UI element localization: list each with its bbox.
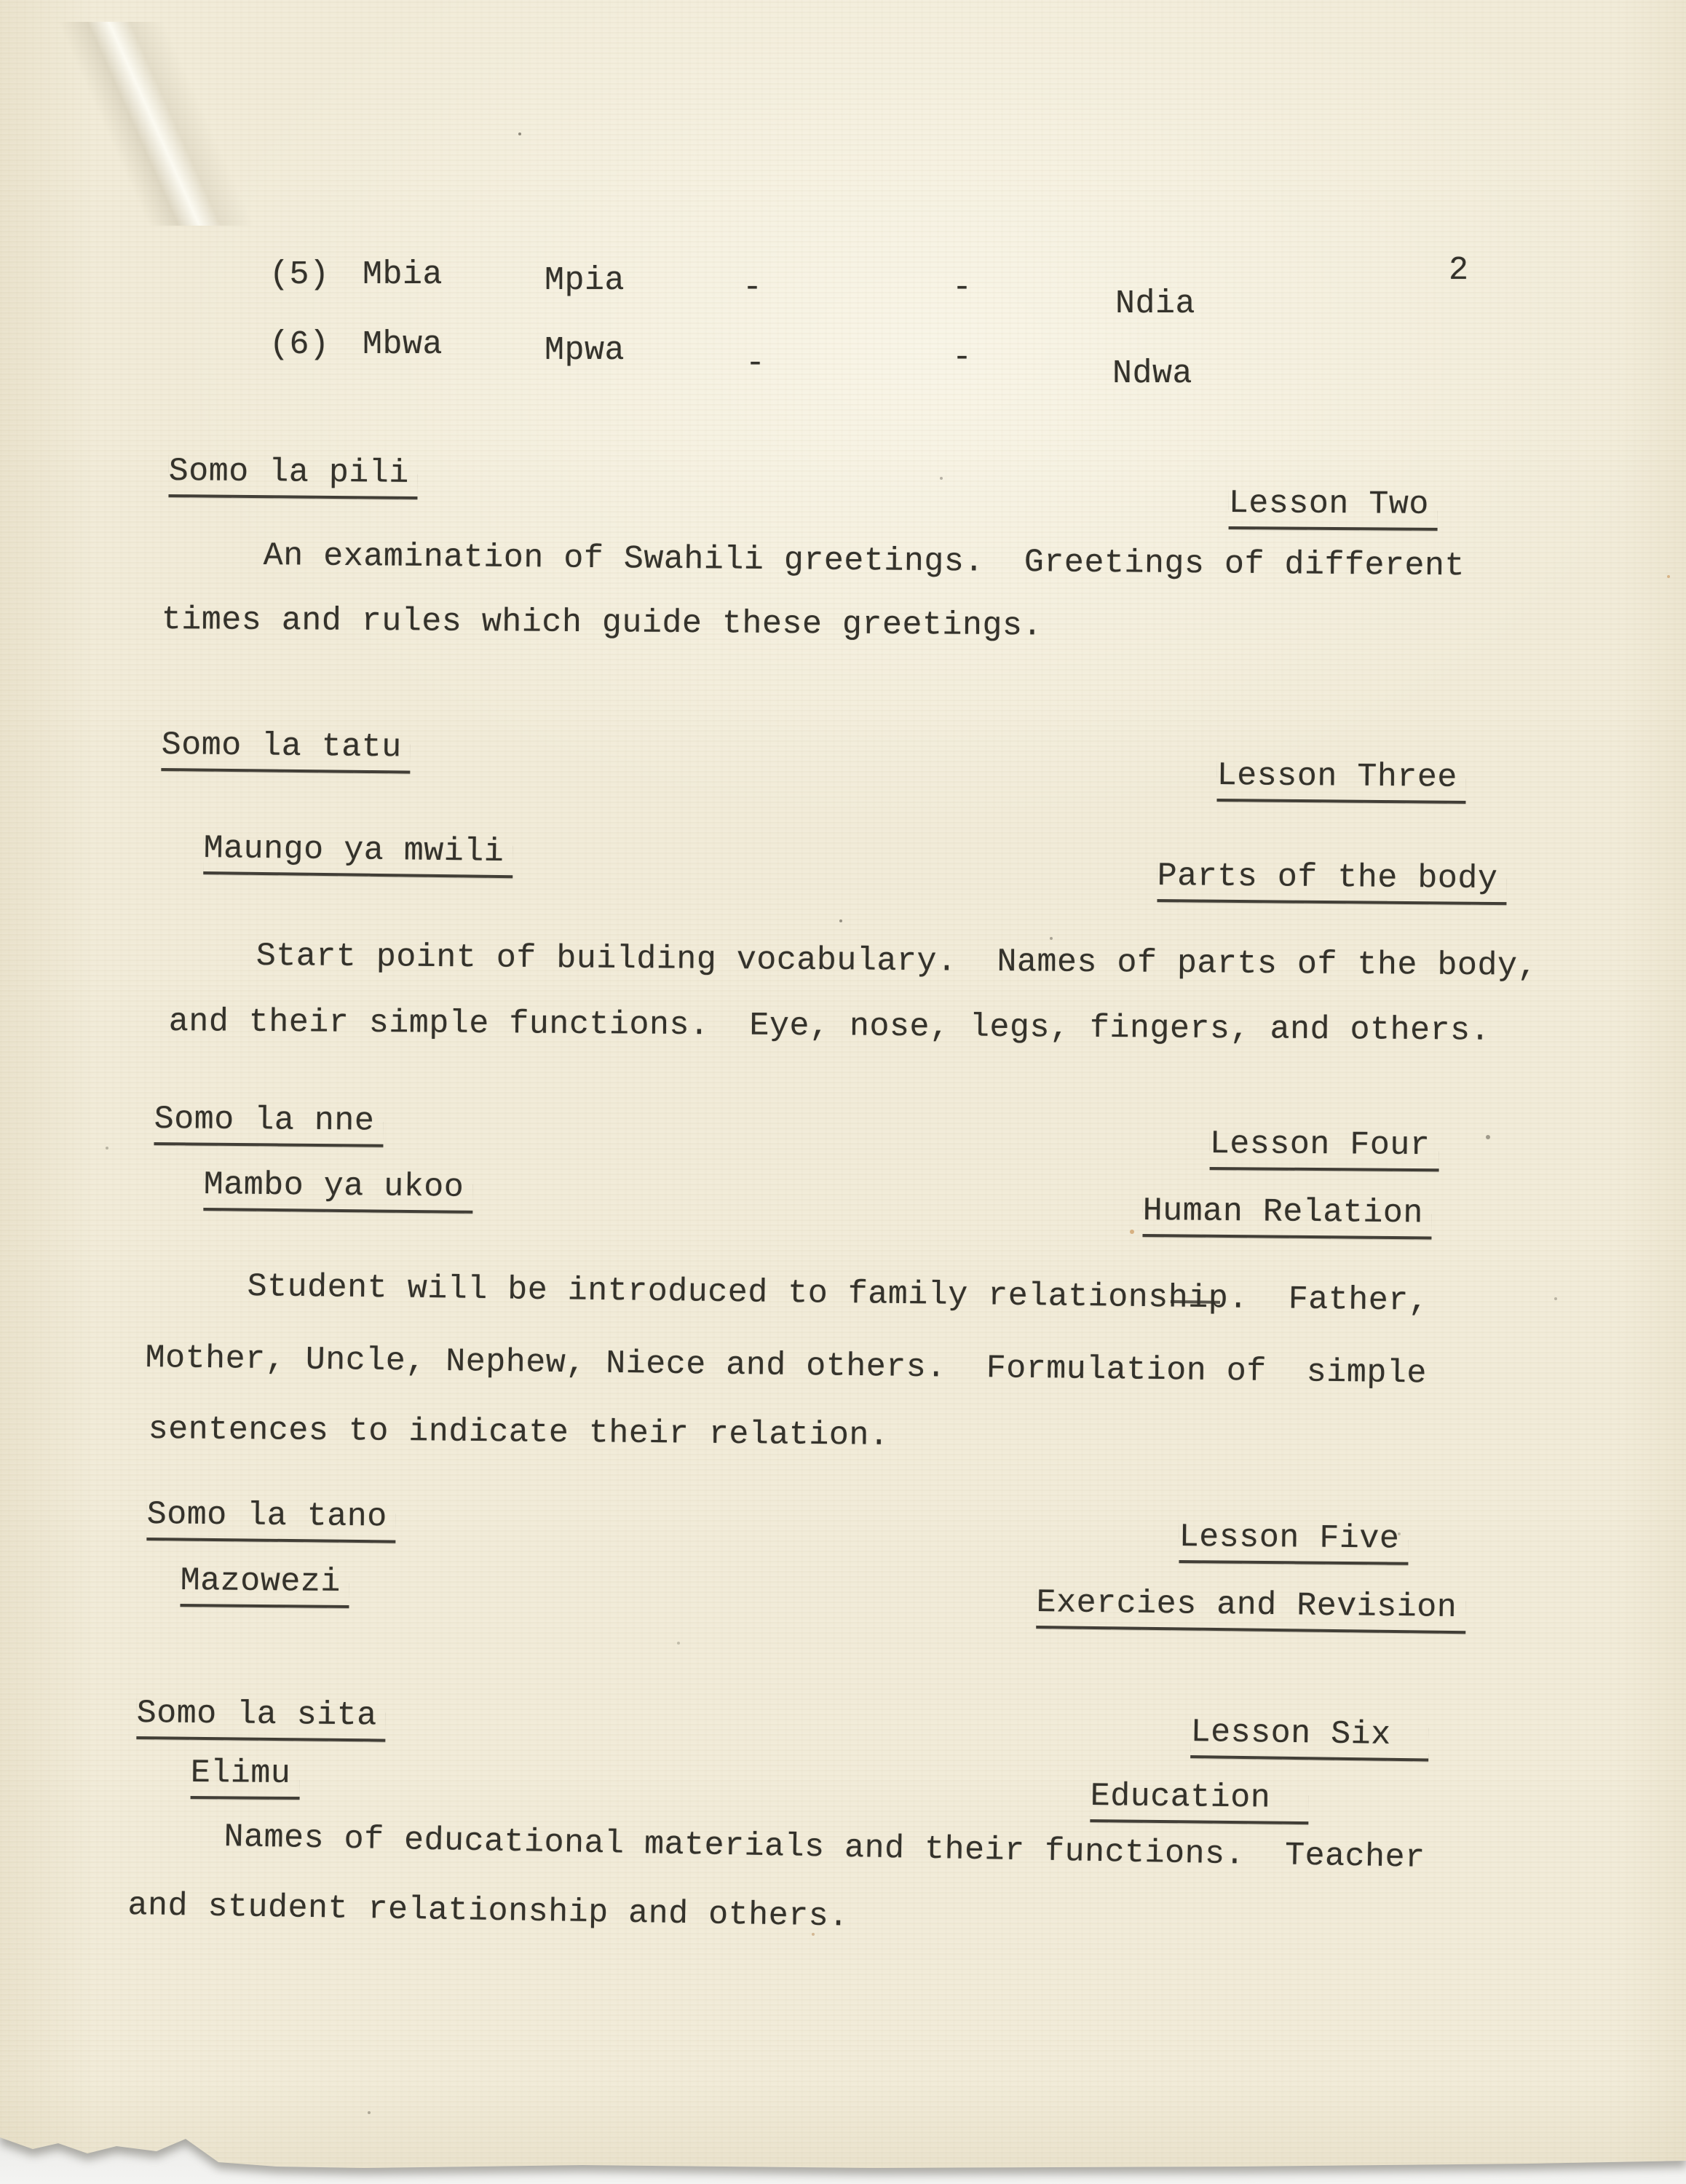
section-subheading-swahili: Mazowezi: [180, 1562, 349, 1608]
row5-num: (5): [269, 256, 330, 294]
row6-col5: Ndwa: [1112, 355, 1192, 393]
section-subheading-swahili: Elimu: [191, 1754, 300, 1800]
page-number: 2: [1449, 252, 1469, 290]
section-subheading-english: Exercies and Revision: [1036, 1584, 1465, 1634]
section-subheading-english: Education: [1090, 1778, 1308, 1824]
section-heading-swahili: Somo la nne: [154, 1101, 383, 1147]
row5-col2: Mpia: [545, 262, 625, 300]
row5-col1: Mbia: [363, 256, 443, 294]
paper-sheet: 2 (5) Mbia Mpia - - Ndia (6) Mbwa Mpwa -…: [0, 0, 1686, 2184]
section-heading-english: Lesson Five: [1179, 1519, 1408, 1564]
row5-col5: Ndia: [1115, 285, 1195, 323]
dust-specks: [0, 0, 3, 3]
paper-shadow-wrap: 2 (5) Mbia Mpia - - Ndia (6) Mbwa Mpwa -…: [0, 0, 1686, 2184]
section-heading-english: Lesson Two: [1229, 485, 1438, 531]
scanned-page: 2 (5) Mbia Mpia - - Ndia (6) Mbwa Mpwa -…: [0, 0, 1686, 2184]
row6-num: (6): [269, 326, 330, 364]
section-heading-english: Lesson Six: [1190, 1714, 1429, 1761]
section-subheading-swahili: Maungo ya mwili: [203, 830, 512, 878]
row5-col3: -: [743, 269, 763, 307]
section-body-line: and student relationship and others.: [127, 1887, 849, 1936]
section-body-line: Mother, Uncle, Nephew, Niece and others.…: [145, 1340, 1427, 1393]
section-heading-english: Lesson Four: [1210, 1125, 1439, 1171]
crease-mark: [0, 22, 313, 226]
row6-col4: -: [952, 339, 973, 377]
section-body-line: sentences to indicate their relation.: [149, 1411, 890, 1455]
section-heading-swahili: Somo la tano: [146, 1496, 396, 1543]
section-body-line: Start point of building vocabulary. Name…: [256, 938, 1538, 986]
row6-col1: Mbwa: [363, 326, 443, 364]
section-subheading-swahili: Mambo ya ukoo: [203, 1166, 472, 1214]
row6-col3: -: [745, 345, 766, 383]
section-heading-swahili: Somo la sita: [136, 1695, 386, 1741]
row5-col4: -: [952, 269, 973, 307]
section-body-line: and their simple functions. Eye, nose, l…: [169, 1003, 1491, 1050]
section-body-line: An examination of Swahili greetings. Gre…: [264, 537, 1465, 585]
section-body-line: Names of educational materials and their…: [223, 1819, 1425, 1878]
section-heading-swahili: Somo la pili: [168, 453, 418, 499]
section-body-line: Student will be introduced to family rel…: [247, 1268, 1428, 1321]
section-subheading-english: Parts of the body: [1157, 858, 1506, 905]
section-heading-swahili: Somo la tatu: [161, 727, 411, 773]
section-heading-english: Lesson Three: [1216, 757, 1466, 804]
row6-col2: Mpwa: [545, 332, 625, 370]
section-subheading-english: Human Relation: [1142, 1192, 1432, 1239]
section-body-line: times and rules which guide these greeti…: [162, 601, 1043, 645]
